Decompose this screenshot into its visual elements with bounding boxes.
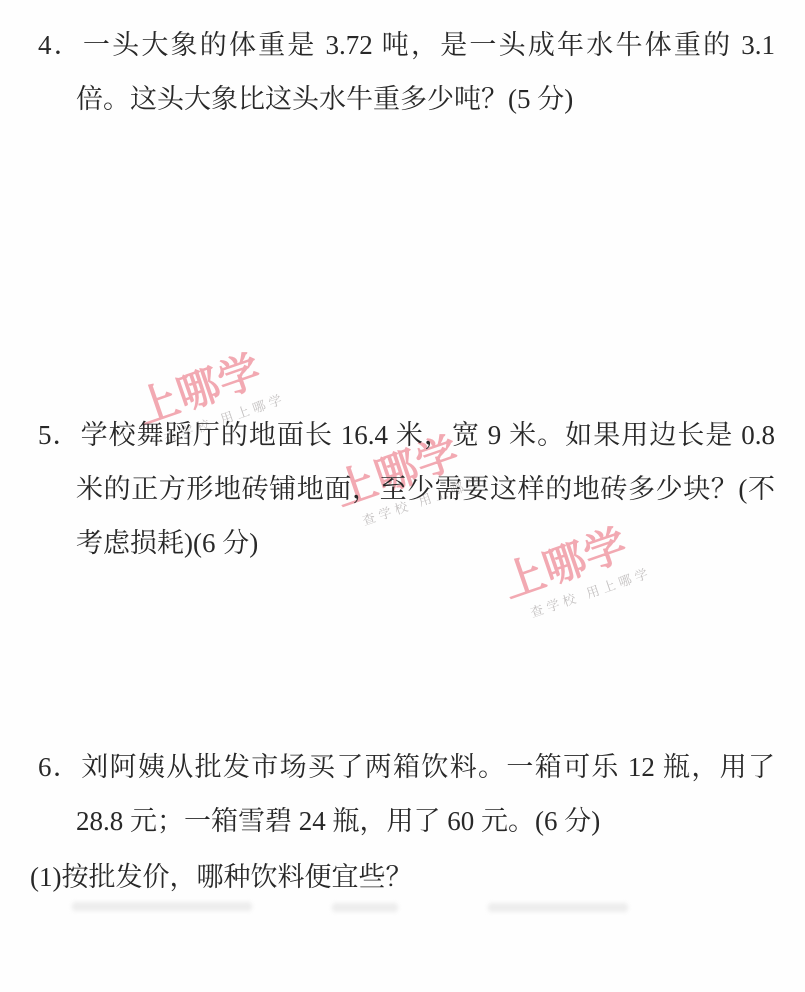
bleed-through-mark (332, 903, 398, 912)
question-4-text: 一头大象的体重是 3.72 吨，是一头成年水牛体重的 3.1 倍。这头大象比这头… (76, 30, 775, 114)
question-4-number: 4． (38, 30, 83, 60)
question-5-text: 学校舞蹈厅的地面长 16.4 米，宽 9 米。如果用边长是 0.8 米的正方形地… (76, 420, 775, 558)
watermark-slogan-text: 查学校 用上哪学 (527, 562, 653, 621)
question-6: 6．刘阿姨从批发市场买了两箱饮料。一箱可乐 12 瓶，用了 28.8 元；一箱雪… (38, 740, 775, 848)
question-5-number: 5． (38, 420, 81, 450)
question-6-number: 6． (38, 752, 81, 782)
question-6-sub-1: (1)按批发价，哪种饮料便宜些？ (30, 850, 775, 904)
question-6-text: 刘阿姨从批发市场买了两箱饮料。一箱可乐 12 瓶，用了 28.8 元；一箱雪碧 … (76, 752, 775, 836)
question-4: 4．一头大象的体重是 3.72 吨，是一头成年水牛体重的 3.1 倍。这头大象比… (38, 18, 775, 126)
bleed-through-mark (488, 903, 628, 912)
worksheet-page: 上哪学 查学校 用上哪学 上哪学 查学校 用上哪学 上哪学 查学校 用上哪学 4… (0, 0, 805, 992)
question-5: 5．学校舞蹈厅的地面长 16.4 米，宽 9 米。如果用边长是 0.8 米的正方… (38, 408, 775, 570)
